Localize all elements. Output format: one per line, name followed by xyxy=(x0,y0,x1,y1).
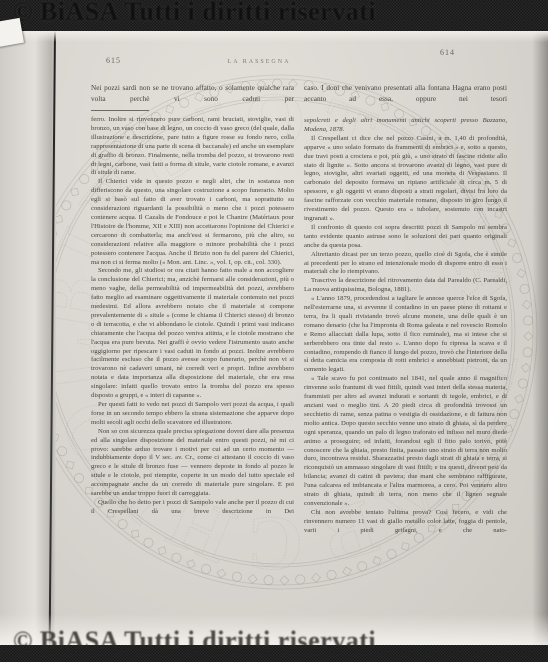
footnote-paragraph: « Tale scavo fu poi continuato nel 1841,… xyxy=(304,375,507,509)
top-page-edge-highlight xyxy=(0,31,548,42)
footnote-paragraph: Il confronto di questo coi sopra descrit… xyxy=(304,224,507,251)
column-left: Nei pozzi sardi non se ne trovano affatt… xyxy=(91,83,294,563)
footnote-separator xyxy=(91,110,149,111)
footnote-paragraph: sepolcreti e degli altri monumenti antic… xyxy=(304,117,507,135)
footnote-gap xyxy=(304,104,507,117)
main-text-left: Nei pozzi sardi non se ne trovano affatt… xyxy=(91,83,294,104)
footnote-paragraph: Il Chierici vide in questo pozzo e negli… xyxy=(91,178,294,267)
column-right: caso. I doni che venivano presentati all… xyxy=(304,83,507,563)
main-text-right: caso. I doni che venivano presentati all… xyxy=(304,83,507,104)
footnote-paragraph: ferro. Inoltre si rinvennero pure carbon… xyxy=(91,116,294,178)
footnote-paragraph: Per questi fatti io vedo nei pozzi di Sa… xyxy=(91,401,294,428)
page-number-right: 614 xyxy=(440,48,455,57)
footnote-paragraph: Non so con sicurezza quale precisa spieg… xyxy=(91,428,294,499)
journal-title: LA RASSEGNA xyxy=(0,59,518,65)
text-columns: Nei pozzi sardi non se ne trovano affatt… xyxy=(91,83,507,563)
scanned-page: ○◇○◇○◇○◇○◇○◇○◇○◇○◇○◇○◇○◇○◇○◇○◇○◇○◇○◇○◇○◇… xyxy=(0,0,548,662)
page-corner-notch xyxy=(0,18,24,47)
footnote-paragraph: Quello che ho detto per i pozzi di Sampo… xyxy=(91,499,294,517)
footnote-paragraph: Il Crespellani ci dice che nel pozzo Cas… xyxy=(304,135,507,224)
watermark-bottom: © BiASA Tutti i diritti riservati xyxy=(13,626,376,656)
right-edge-shadow xyxy=(532,0,548,662)
footnote-paragraph: Altrettanto dicasi per un terzo pozzo, q… xyxy=(304,251,507,278)
footnote-paragraph: Secondo me, gli studiosi or ora citati h… xyxy=(91,267,294,401)
adjacent-page-edge xyxy=(0,0,56,662)
footnote-paragraph: « L'anno 1879, procedendosi a tagliare l… xyxy=(304,295,507,375)
footnote-paragraph: Chi non avrebbe tentato l'ultima prova? … xyxy=(304,509,507,536)
footnote-paragraph: Trascrivo la descrizione del ritrovament… xyxy=(304,277,507,295)
watermark-top: © BiASA Tutti i diritti riservati xyxy=(13,0,376,27)
